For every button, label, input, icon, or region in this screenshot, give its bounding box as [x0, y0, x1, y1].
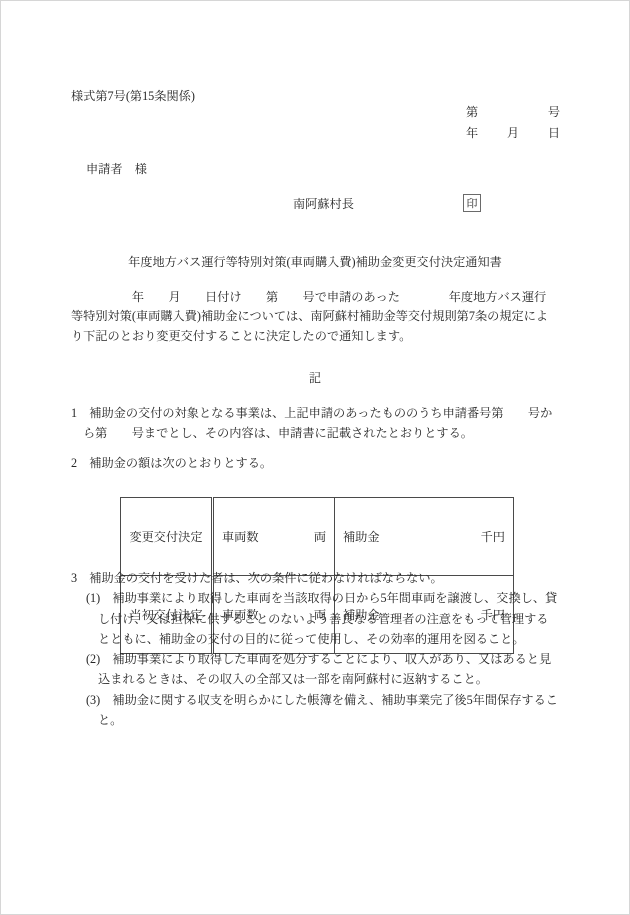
- addressee-line: 申請者 様: [86, 162, 147, 176]
- item-1-line: ら第 号までとし、その内容は、申請書に記載されたとおりとする。: [71, 423, 571, 443]
- notification-document-page: 様式第7号(第15条関係) 第 号 年 月 日 申請者 様 南阿蘇村長 印 年度…: [0, 0, 630, 915]
- body-paragraph: 年 月 日付け 第 号で申請のあった 年度地方バス運行 等特別対策(車両購入費)…: [71, 288, 571, 346]
- date-year-label: 年: [466, 124, 478, 141]
- body-paragraph-line: 等特別対策(車両購入費)補助金については、南阿蘇村補助金等交付規則第7条の規定に…: [71, 307, 571, 326]
- vehicle-count-label: 車両数: [222, 528, 259, 545]
- condition-1-line: (1) 補助事業により取得した車両を当該取得の日から5年間車両を譲渡し、交換し、…: [71, 588, 573, 608]
- doc-number-line: 第 号: [466, 103, 560, 120]
- vehicle-count-cell: 車両数 両: [213, 498, 335, 576]
- vehicle-count-unit: 両: [314, 528, 326, 545]
- condition-1-line: し付け、又は担保に供することのないよう善良なる管理者の注意をもって管理する: [71, 609, 573, 629]
- body-paragraph-line: 年 月 日付け 第 号で申請のあった 年度地方バス運行: [71, 288, 571, 307]
- condition-3-line: (3) 補助金に関する収支を明らかにした帳簿を備え、補助事業完了後5年間保存する…: [71, 690, 573, 710]
- decision-type-cell: 変更交付決定: [121, 498, 213, 576]
- item-2: 2 補助金の額は次のとおりとする。: [71, 456, 272, 470]
- issuer-name: 南阿蘇村長: [293, 197, 354, 211]
- date-day-label: 日: [548, 124, 560, 141]
- subsidy-unit: 千円: [481, 528, 505, 545]
- body-paragraph-line: り下記のとおり変更交付することに決定したので通知します。: [71, 327, 571, 346]
- condition-3-line: と。: [71, 710, 573, 730]
- document-title: 年度地方バス運行等特別対策(車両購入費)補助金変更交付決定通知書: [1, 253, 629, 270]
- item-3-conditions: 3 補助金の交付を受けた者は、次の条件に従わなければならない。 (1) 補助事業…: [71, 568, 573, 730]
- ki-marker: 記: [1, 369, 629, 386]
- date-month-label: 月: [507, 124, 519, 141]
- doc-number-prefix: 第: [466, 103, 478, 120]
- table-row-changed-decision: 変更交付決定 車両数 両 補助金 千円: [121, 498, 514, 576]
- form-number-label: 様式第7号(第15条関係): [71, 89, 195, 103]
- condition-1-line: とともに、補助金の交付の目的に従って使用し、その効率的運用を図ること。: [71, 629, 573, 649]
- item-1-line: 1 補助金の交付の対象となる事業は、上記申請のあったもののうち申請番号第 号か: [71, 403, 571, 423]
- date-line: 年 月 日: [466, 124, 560, 141]
- doc-number-suffix: 号: [548, 103, 560, 120]
- seal-character: 印: [467, 195, 478, 211]
- subsidy-amount-cell: 補助金 千円: [335, 498, 514, 576]
- condition-2-line: 込まれるときは、その収入の全部又は一部を南阿蘇村に返納すること。: [71, 669, 573, 689]
- subsidy-label: 補助金: [343, 528, 380, 545]
- item-3-heading: 3 補助金の交付を受けた者は、次の条件に従わなければならない。: [71, 568, 573, 588]
- condition-2-line: (2) 補助事業により取得した車両を処分することにより、収入があり、又はあると見: [71, 649, 573, 669]
- item-1: 1 補助金の交付の対象となる事業は、上記申請のあったもののうち申請番号第 号か …: [71, 403, 571, 443]
- seal-mark: 印: [463, 194, 481, 212]
